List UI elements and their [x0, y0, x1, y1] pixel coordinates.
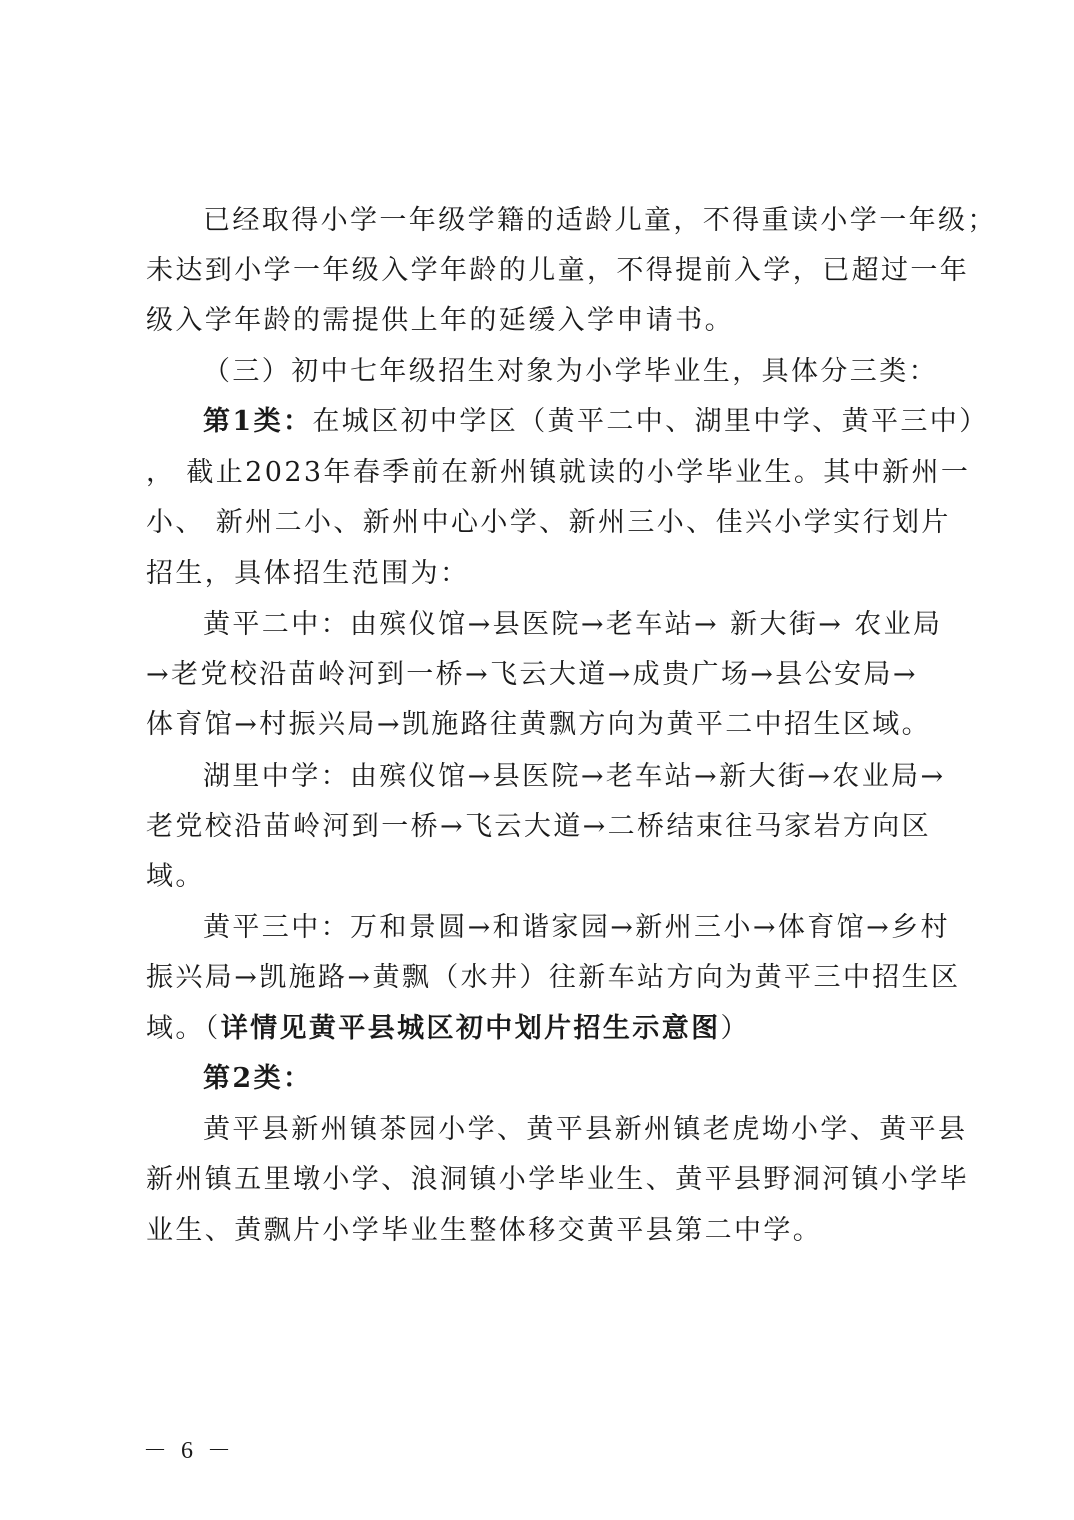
category-1-text: 在城区初中学区（黄平二中、湖里中学、黄平三中） [312, 406, 988, 437]
page-number: － 6 － [143, 1437, 235, 1465]
zone-huli-line: 老党校沿苗岭河到一桥→飞云大道→二桥结束往马家岩方向区 [146, 809, 946, 845]
zone-huli-line: 湖里中学：由殡仪馆→县医院→老车站→新大街→农业局→ [203, 759, 946, 795]
zone-huangping3-last-line: 域。（详情见黄平县城区初中划片招生示意图） [146, 1011, 946, 1047]
category-2-line: 业生、黄飘片小学毕业生整体移交黄平县第二中学。 [146, 1213, 946, 1249]
zone-huangping3-line: 振兴局→凯施路→黄飘（水井）往新车站方向为黄平三中招生区 [146, 960, 946, 996]
category-2-line: 新州镇五里墩小学、浪洞镇小学毕业生、黄平县野洞河镇小学毕 [146, 1162, 946, 1198]
paragraph-line: 级入学年龄的需提供上年的延缓入学申请书。 [146, 303, 946, 339]
zone-huangping2-line: 黄平二中：由殡仪馆→县医院→老车站→ 新大街→ 农业局 [203, 607, 946, 643]
category-1-label: 第1类： [203, 406, 312, 437]
zone-huangping2-line: →老党校沿苗岭河到一桥→飞云大道→成贵广场→县公安局→ [146, 657, 946, 693]
category-2-line: 黄平县新州镇茶园小学、黄平县新州镇老虎坳小学、黄平县 [203, 1112, 946, 1148]
zone-huangping3-suffix: ） [721, 1013, 750, 1044]
zone-huangping3-line: 黄平三中：万和景圆→和谐家园→新州三小→体育馆→乡村 [203, 910, 946, 946]
category-1-first-line: 第1类：在城区初中学区（黄平二中、湖里中学、黄平三中） [203, 404, 946, 440]
section-heading: （三）初中七年级招生对象为小学毕业生，具体分三类： [203, 354, 946, 390]
paragraph-line: 已经取得小学一年级学籍的适龄儿童，不得重读小学一年级； [203, 203, 946, 239]
zone-huli-line: 域。 [146, 859, 946, 895]
paragraph-line: 未达到小学一年级入学年龄的儿童，不得提前入学，已超过一年 [146, 253, 946, 289]
paragraph-line: 小、 新州二小、新州中心小学、新州三小、佳兴小学实行划片 [146, 505, 946, 541]
paragraph-line: ， 截止2023年春季前在新州镇就读的小学毕业生。其中新州一 [146, 455, 946, 491]
zone-huangping3-prefix: 域。（ [146, 1013, 221, 1044]
category-2-label: 第2类： [203, 1061, 946, 1097]
map-reference: 详情见黄平县城区初中划片招生示意图 [221, 1013, 721, 1044]
zone-huangping2-line: 体育馆→村振兴局→凯施路往黄飘方向为黄平二中招生区域。 [146, 707, 946, 743]
document-page: 已经取得小学一年级学籍的适龄儿童，不得重读小学一年级； 未达到小学一年级入学年龄… [0, 0, 1074, 1520]
paragraph-line: 招生，具体招生范围为： [146, 556, 946, 592]
